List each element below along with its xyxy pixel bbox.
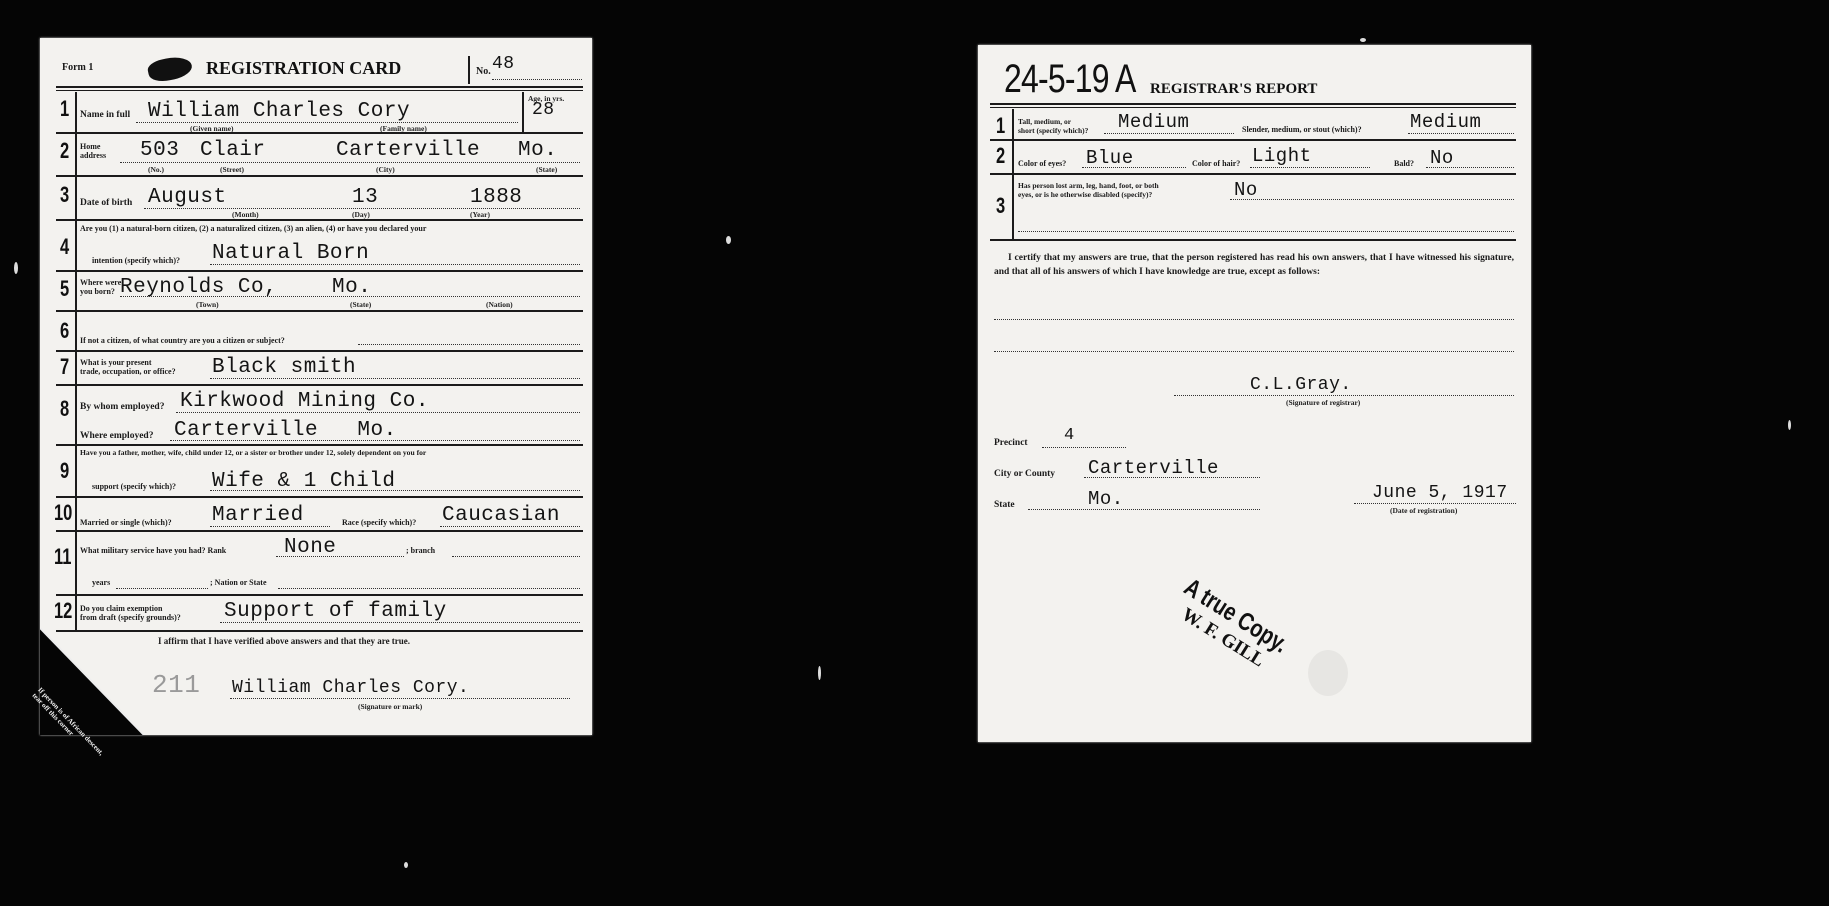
- report-title: REGISTRAR'S REPORT: [1150, 81, 1317, 98]
- dob-month: August: [148, 186, 227, 209]
- hair-color-value: Light: [1252, 145, 1312, 167]
- row-number: 11: [54, 544, 71, 570]
- citizenship-value: Natural Born: [212, 242, 369, 265]
- form-label: Form 1: [62, 62, 93, 73]
- race-value: Caucasian: [442, 504, 560, 527]
- exemption-value: Support of family: [224, 600, 447, 623]
- home-number: 503: [140, 139, 179, 162]
- stamp-number: 211: [152, 670, 200, 700]
- certification-text: I certify that my answers are true, that…: [994, 251, 1514, 279]
- affirmation-text: I affirm that I have verified above answ…: [158, 636, 410, 646]
- row-number: 8: [60, 396, 69, 422]
- serial-number: 24-5-19 A: [1004, 57, 1136, 102]
- row-number: 3: [996, 193, 1005, 219]
- ink-blot: [146, 54, 194, 85]
- disability-value: No: [1234, 179, 1258, 201]
- home-state: Mo.: [518, 139, 557, 162]
- card-number-label: No.: [476, 66, 491, 77]
- registration-card: Form 1 REGISTRATION CARD No. 48 1 Name i…: [40, 38, 592, 735]
- age-value: 28: [532, 100, 555, 120]
- row-number: 6: [60, 318, 69, 344]
- row-number: 2: [60, 138, 69, 164]
- row-number: 1: [996, 113, 1005, 139]
- bald-value: No: [1430, 147, 1454, 169]
- home-street: Clair: [200, 139, 266, 162]
- paper-smudge: [1308, 650, 1348, 696]
- state-value: Mo.: [1088, 488, 1124, 510]
- card-number: 48: [492, 54, 515, 74]
- employer-value: Kirkwood Mining Co.: [180, 390, 429, 413]
- registrar-signature: C.L.Gray.: [1250, 375, 1352, 395]
- name-label: Name in full: [80, 110, 130, 120]
- registrar-report-card: 24-5-19 A REGISTRAR'S REPORT 1 Tall, med…: [978, 45, 1531, 742]
- height-value: Medium: [1118, 111, 1189, 133]
- marital-status-value: Married: [212, 504, 304, 527]
- city-county-value: Carterville: [1088, 457, 1219, 479]
- employment-location: Carterville Mo.: [174, 419, 397, 442]
- occupation-value: Black smith: [212, 356, 356, 379]
- row-number: 3: [60, 182, 69, 208]
- name-value: William Charles Cory: [148, 100, 410, 123]
- build-value: Medium: [1410, 111, 1481, 133]
- true-copy-stamp: A true Copy. W. F. GILL: [1167, 573, 1318, 694]
- row-number: 2: [996, 143, 1005, 169]
- row-number: 9: [60, 458, 69, 484]
- row-number: 4: [60, 234, 69, 260]
- registration-date: June 5, 1917: [1372, 483, 1508, 503]
- row-number: 10: [54, 500, 72, 526]
- dob-year: 1888: [470, 186, 522, 209]
- row-number: 12: [54, 598, 72, 624]
- row-number: 7: [60, 354, 69, 380]
- row-number: 5: [60, 276, 69, 302]
- registrant-signature: William Charles Cory.: [232, 678, 469, 698]
- eye-color-value: Blue: [1086, 147, 1134, 169]
- card-title: REGISTRATION CARD: [206, 58, 401, 79]
- dob-day: 13: [352, 186, 378, 209]
- precinct-value: 4: [1064, 426, 1075, 445]
- row-number: 1: [60, 96, 69, 122]
- home-city: Carterville: [336, 139, 480, 162]
